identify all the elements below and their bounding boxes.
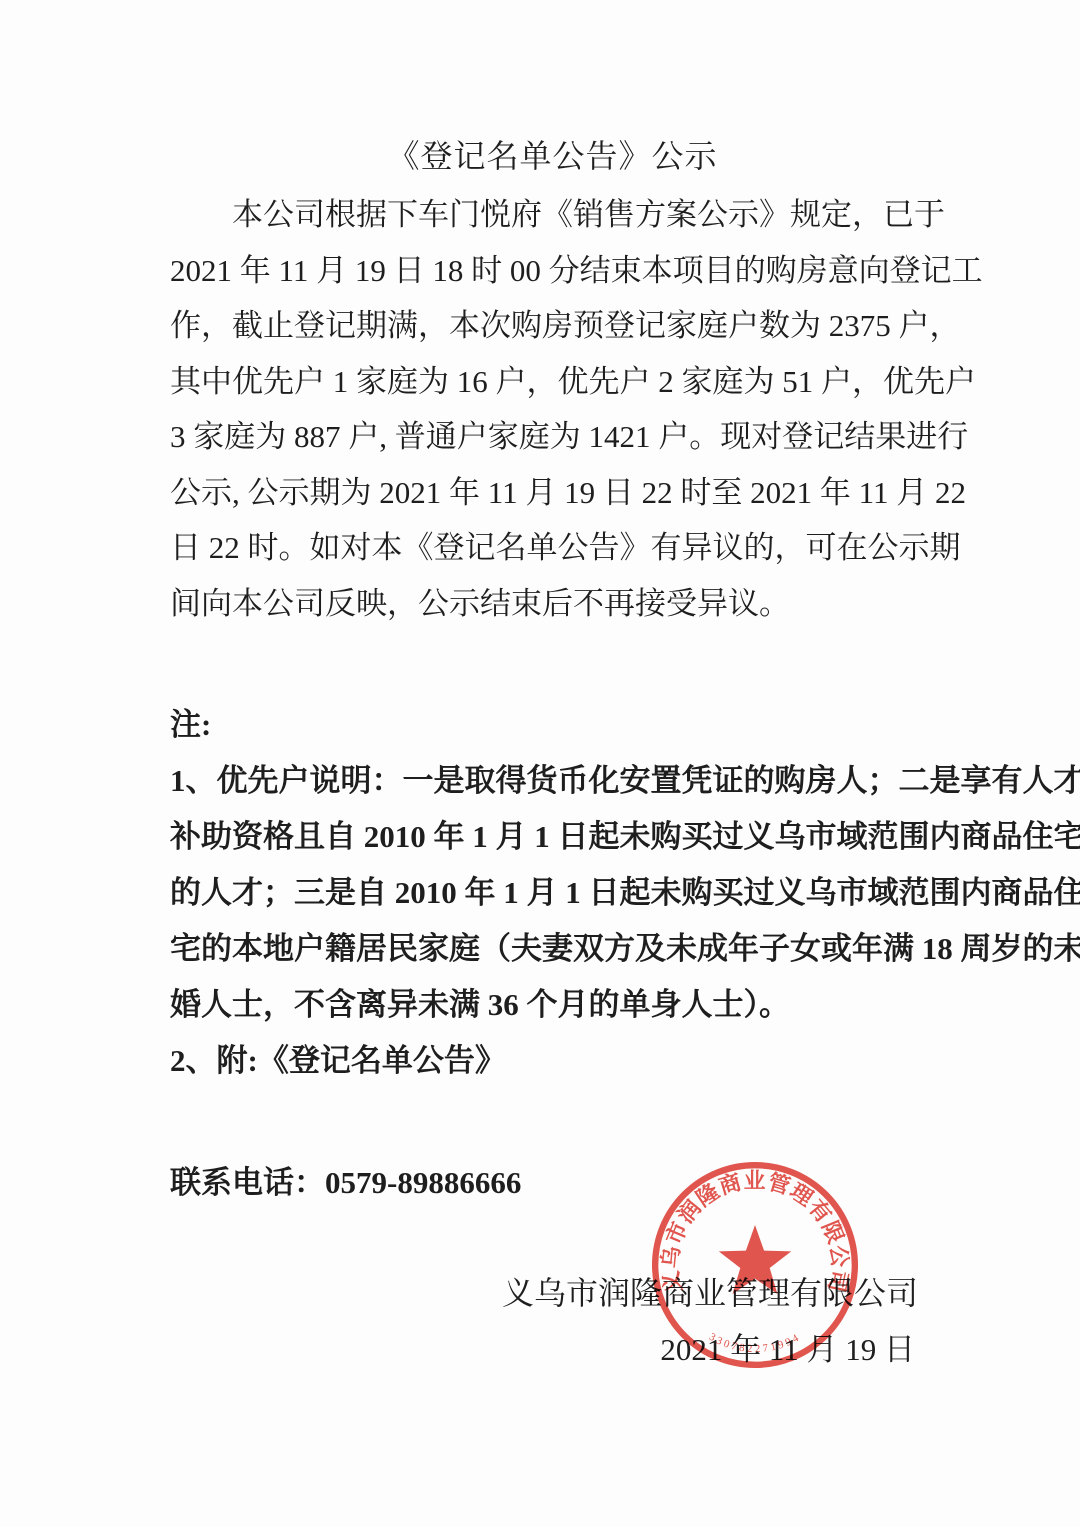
body-line: 日 22 时。如对本《登记名单公告》有异议的，可在公示期 <box>170 520 935 576</box>
body-line: 作，截止登记期满，本次购房预登记家庭户数为 2375 户， <box>170 298 935 354</box>
body-line: 间向本公司反映，公示结束后不再接受异议。 <box>170 576 935 632</box>
note-line: 婚人士，不含离异未满 36 个月的单身人士）。 <box>170 977 935 1033</box>
body-line: 本公司根据下车门悦府《销售方案公示》规定，已于 <box>170 187 935 243</box>
body-line: 其中优先户 1 家庭为 16 户，优先户 2 家庭为 51 户，优先户 <box>170 354 935 410</box>
note-line: 补助资格且自 2010 年 1 月 1 日起未购买过义乌市域范围内商品住宅 <box>170 809 935 865</box>
signature-date: 2021 年 11 月 19 日 <box>660 1329 915 1371</box>
note-line: 的人才；三是自 2010 年 1 月 1 日起未购买过义乌市域范围内商品住 <box>170 865 935 921</box>
contact-phone-line: 联系电话：0579-89886666 <box>170 1155 935 1211</box>
document-title: 《登记名单公告》公示 <box>170 128 935 184</box>
note-item-2: 2、附:《登记名单公告》 <box>170 1033 935 1089</box>
note-label: 注: <box>170 697 935 753</box>
body-line: 3 家庭为 887 户, 普通户家庭为 1421 户。现对登记结果进行 <box>170 409 935 465</box>
body-line: 公示, 公示期为 2021 年 11 月 19 日 22 时至 2021 年 1… <box>170 465 935 521</box>
body-line: 2021 年 11 月 19 日 18 时 00 分结束本项目的购房意向登记工 <box>170 243 935 299</box>
signature-company-name: 义乌市润隆商业管理有限公司 <box>502 1272 918 1314</box>
note-section: 注: 1、优先户说明：一是取得货币化安置凭证的购房人；二是享有人才补助资格且自 … <box>170 697 935 1089</box>
note-item-1: 1、优先户说明：一是取得货币化安置凭证的购房人；二是享有人才补助资格且自 201… <box>170 753 935 1033</box>
body-paragraph: 本公司根据下车门悦府《销售方案公示》规定，已于2021 年 11 月 19 日 … <box>170 187 935 631</box>
note-line: 1、优先户说明：一是取得货币化安置凭证的购房人；二是享有人才 <box>170 753 935 809</box>
document-page: 《登记名单公告》公示 本公司根据下车门悦府《销售方案公示》规定，已于2021 年… <box>0 0 1080 1527</box>
note-line: 宅的本地户籍居民家庭（夫妻双方及未成年子女或年满 18 周岁的未 <box>170 921 935 977</box>
